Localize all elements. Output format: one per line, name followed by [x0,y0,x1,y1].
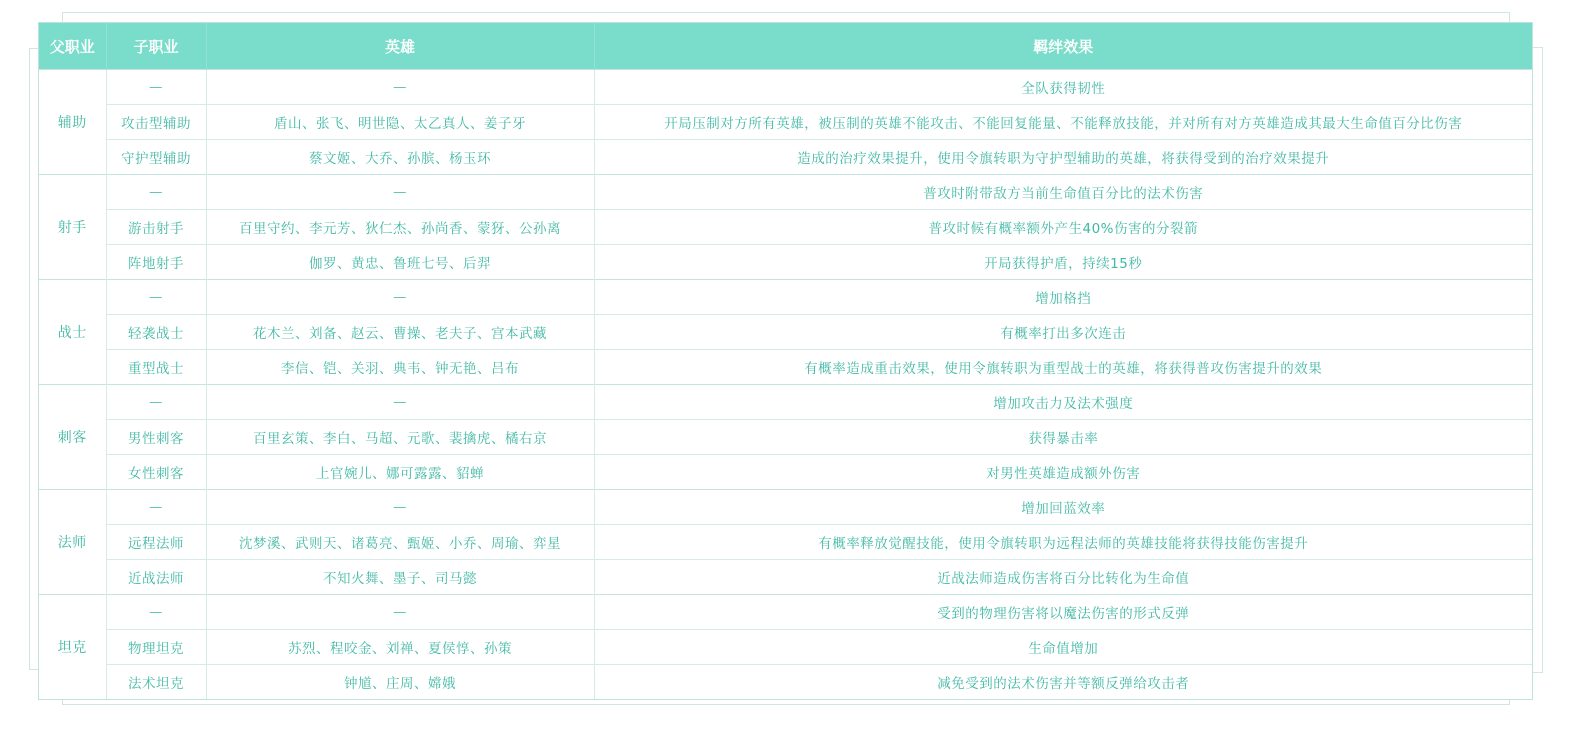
parent-class-cell: 坦克 [39,595,106,700]
effect-cell: 增加格挡 [594,280,1532,315]
table-row: 重型战士 李信、铠、关羽、典韦、钟无艳、吕布 有概率造成重击效果，使用令旗转职为… [39,350,1532,385]
table-row: 辅助 — — 全队获得韧性 [39,70,1532,105]
bond-effects-table-container: 父职业 子职业 英雄 羁绊效果 辅助 — — 全队获得韧性 攻击型辅助 盾山、张… [38,22,1533,700]
table-row: 轻袭战士 花木兰、刘备、赵云、曹操、老夫子、宫本武藏 有概率打出多次连击 [39,315,1532,350]
sub-class-cell: 女性刺客 [106,455,206,490]
sub-class-cell: 重型战士 [106,350,206,385]
parent-class-cell: 战士 [39,280,106,385]
heroes-cell: 蔡文姬、大乔、孙膑、杨玉环 [206,140,594,175]
sub-class-cell: — [106,280,206,315]
effect-cell: 普攻时候有概率额外产生40%伤害的分裂箭 [594,210,1532,245]
heroes-cell: 苏烈、程咬金、刘禅、夏侯惇、孙策 [206,630,594,665]
parent-class-cell: 法师 [39,490,106,595]
table-row: 阵地射手 伽罗、黄忠、鲁班七号、后羿 开局获得护盾，持续15秒 [39,245,1532,280]
sub-class-cell: — [106,385,206,420]
table-row: 物理坦克 苏烈、程咬金、刘禅、夏侯惇、孙策 生命值增加 [39,630,1532,665]
heroes-cell: 花木兰、刘备、赵云、曹操、老夫子、宫本武藏 [206,315,594,350]
table-row: 法师 — — 增加回蓝效率 [39,490,1532,525]
heroes-cell: 钟馗、庄周、嫦娥 [206,665,594,700]
sub-class-cell: 法术坦克 [106,665,206,700]
table-row: 刺客 — — 增加攻击力及法术强度 [39,385,1532,420]
sub-class-cell: 游击射手 [106,210,206,245]
effect-cell: 开局压制对方所有英雄，被压制的英雄不能攻击、不能回复能量、不能释放技能，并对所有… [594,105,1532,140]
effect-cell: 减免受到的法术伤害并等额反弹给攻击者 [594,665,1532,700]
heroes-cell: 上官婉儿、娜可露露、貂蝉 [206,455,594,490]
effect-cell: 增加回蓝效率 [594,490,1532,525]
table-row: 射手 — — 普攻时附带敌方当前生命值百分比的法术伤害 [39,175,1532,210]
heroes-cell: 伽罗、黄忠、鲁班七号、后羿 [206,245,594,280]
sub-class-cell: 轻袭战士 [106,315,206,350]
effect-cell: 增加攻击力及法术强度 [594,385,1532,420]
effect-cell: 有概率释放觉醒技能，使用令旗转职为远程法师的英雄技能将获得技能伤害提升 [594,525,1532,560]
parent-class-cell: 刺客 [39,385,106,490]
sub-class-cell: 男性刺客 [106,420,206,455]
heroes-cell: 百里守约、李元芳、狄仁杰、孙尚香、蒙犽、公孙离 [206,210,594,245]
heroes-cell: — [206,280,594,315]
effect-cell: 对男性英雄造成额外伤害 [594,455,1532,490]
effect-cell: 全队获得韧性 [594,70,1532,105]
decorative-frame-right [1533,47,1543,673]
sub-class-cell: 近战法师 [106,560,206,595]
effect-cell: 开局获得护盾，持续15秒 [594,245,1532,280]
heroes-cell: 百里玄策、李白、马超、元歌、裴擒虎、橘右京 [206,420,594,455]
heroes-cell: — [206,490,594,525]
sub-class-cell: 攻击型辅助 [106,105,206,140]
effect-cell: 有概率打出多次连击 [594,315,1532,350]
sub-class-cell: — [106,70,206,105]
bond-effects-table: 父职业 子职业 英雄 羁绊效果 辅助 — — 全队获得韧性 攻击型辅助 盾山、张… [39,23,1532,699]
sub-class-cell: — [106,175,206,210]
table-row: 法术坦克 钟馗、庄周、嫦娥 减免受到的法术伤害并等额反弹给攻击者 [39,665,1532,700]
effect-cell: 受到的物理伤害将以魔法伤害的形式反弹 [594,595,1532,630]
sub-class-cell: 远程法师 [106,525,206,560]
sub-class-cell: 阵地射手 [106,245,206,280]
heroes-cell: 沈梦溪、武则天、诸葛亮、甄姬、小乔、周瑜、弈星 [206,525,594,560]
table-row: 远程法师 沈梦溪、武则天、诸葛亮、甄姬、小乔、周瑜、弈星 有概率释放觉醒技能，使… [39,525,1532,560]
table-header-row: 父职业 子职业 英雄 羁绊效果 [39,23,1532,70]
table-row: 战士 — — 增加格挡 [39,280,1532,315]
table-row: 守护型辅助 蔡文姬、大乔、孙膑、杨玉环 造成的治疗效果提升，使用令旗转职为守护型… [39,140,1532,175]
heroes-cell: 不知火舞、墨子、司马懿 [206,560,594,595]
header-sub-class: 子职业 [106,23,206,70]
parent-class-cell: 辅助 [39,70,106,175]
heroes-cell: — [206,175,594,210]
table-row: 攻击型辅助 盾山、张飞、明世隐、太乙真人、姜子牙 开局压制对方所有英雄，被压制的… [39,105,1532,140]
effect-cell: 有概率造成重击效果，使用令旗转职为重型战士的英雄，将获得普攻伤害提升的效果 [594,350,1532,385]
sub-class-cell: — [106,595,206,630]
header-heroes: 英雄 [206,23,594,70]
effect-cell: 近战法师造成伤害将百分比转化为生命值 [594,560,1532,595]
parent-class-cell: 射手 [39,175,106,280]
heroes-cell: 李信、铠、关羽、典韦、钟无艳、吕布 [206,350,594,385]
heroes-cell: — [206,385,594,420]
table-row: 游击射手 百里守约、李元芳、狄仁杰、孙尚香、蒙犽、公孙离 普攻时候有概率额外产生… [39,210,1532,245]
effect-cell: 普攻时附带敌方当前生命值百分比的法术伤害 [594,175,1532,210]
table-row: 坦克 — — 受到的物理伤害将以魔法伤害的形式反弹 [39,595,1532,630]
table-row: 男性刺客 百里玄策、李白、马超、元歌、裴擒虎、橘右京 获得暴击率 [39,420,1532,455]
effect-cell: 获得暴击率 [594,420,1532,455]
heroes-cell: 盾山、张飞、明世隐、太乙真人、姜子牙 [206,105,594,140]
heroes-cell: — [206,70,594,105]
sub-class-cell: 守护型辅助 [106,140,206,175]
heroes-cell: — [206,595,594,630]
header-bond-effect: 羁绊效果 [594,23,1532,70]
table-row: 近战法师 不知火舞、墨子、司马懿 近战法师造成伤害将百分比转化为生命值 [39,560,1532,595]
effect-cell: 造成的治疗效果提升，使用令旗转职为守护型辅助的英雄，将获得受到的治疗效果提升 [594,140,1532,175]
table-row: 女性刺客 上官婉儿、娜可露露、貂蝉 对男性英雄造成额外伤害 [39,455,1532,490]
effect-cell: 生命值增加 [594,630,1532,665]
sub-class-cell: 物理坦克 [106,630,206,665]
sub-class-cell: — [106,490,206,525]
header-parent-class: 父职业 [39,23,106,70]
